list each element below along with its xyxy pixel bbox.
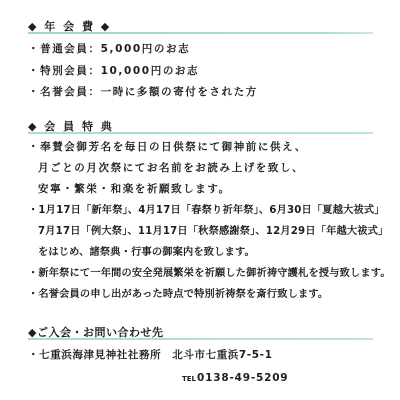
benefit-item-2: ・1月17日「新年祭」、4月17日「春祭り祈年祭」、6月30日「夏越大祓式」: [28, 204, 385, 218]
contact-phone: TEL0138-49-5209: [182, 371, 288, 386]
benefit-item-2-cont-2: をはじめ、諸祭典・行事の御案内を致します。: [38, 246, 255, 260]
benefit-item-3: ・新年祭にて一年間の安全発展繁栄を祈願した御祈祷守護札を授与致します。: [28, 267, 391, 281]
benefit-item-1: ・奉賛会御芳名を毎日の日供祭にて御神前に供え、: [28, 140, 307, 154]
fee-item-special: ・特別会員：10,000円のお志: [28, 64, 199, 78]
contact-address: ・七重浜海津見神社社務所 北斗市七重浜7-5-1: [28, 348, 273, 362]
fee-item-honorary: ・名誉会員：一時に多額の寄付をされた方: [28, 85, 258, 99]
benefit-item-2-cont-1: 7月17日「例大祭」、11月17日「秋祭感謝祭」、12月29日「年越大祓式」: [38, 225, 388, 239]
benefit-item-1-cont-1: 月ごとの月次祭にてお名前をお読み上げを致し、: [38, 161, 304, 175]
divider-contact: [28, 338, 373, 340]
divider-member-benefits: [28, 132, 373, 134]
tel-number: 0138-49-5209: [197, 372, 288, 384]
benefit-item-1-cont-2: 安寧・繁栄・和楽を祈願致します。: [38, 182, 231, 196]
benefit-item-4: ・名誉会員の申し出があった時点で特別祈祷祭を斎行致します。: [28, 288, 328, 302]
fee-item-regular: ・普通会員：5,000円のお志: [28, 42, 190, 56]
tel-label: TEL: [182, 375, 196, 383]
divider-annual-fee: [28, 32, 373, 34]
